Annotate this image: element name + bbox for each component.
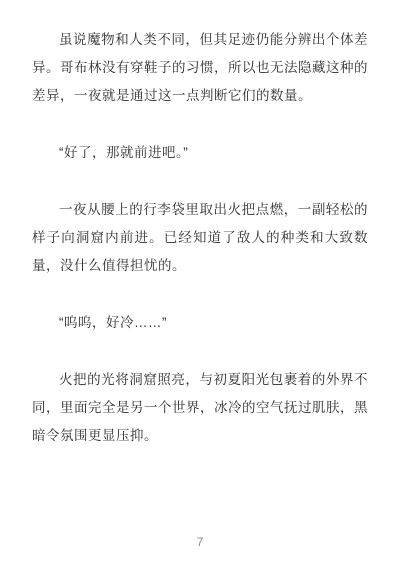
paragraph-narration-2: 一夜从腰上的行李袋里取出火把点燃，一副轻松的样子向洞窟内前进。已经知道了敌人的种… bbox=[32, 196, 368, 280]
page-content: 虽说魔物和人类不同，但其足迹仍能分辨出个体差异。哥布林没有穿鞋子的习惯，所以也无… bbox=[0, 0, 400, 450]
page-footer: 7 bbox=[0, 533, 400, 551]
reader-page[interactable]: 虽说魔物和人类不同，但其足迹仍能分辨出个体差异。哥布林没有穿鞋子的习惯，所以也无… bbox=[0, 0, 400, 567]
paragraph-narration-3: 火把的光将洞窟照亮，与初夏阳光包裹着的外界不同，里面完全是另一个世界，冰冷的空气… bbox=[32, 366, 368, 450]
paragraph-narration-1: 虽说魔物和人类不同，但其足迹仍能分辨出个体差异。哥布林没有穿鞋子的习惯，所以也无… bbox=[32, 26, 368, 110]
paragraph-dialogue-1: “好了，那就前进吧。” bbox=[32, 139, 368, 167]
paragraph-dialogue-2: “呜呜，好冷……” bbox=[32, 309, 368, 337]
page-number: 7 bbox=[197, 535, 204, 549]
